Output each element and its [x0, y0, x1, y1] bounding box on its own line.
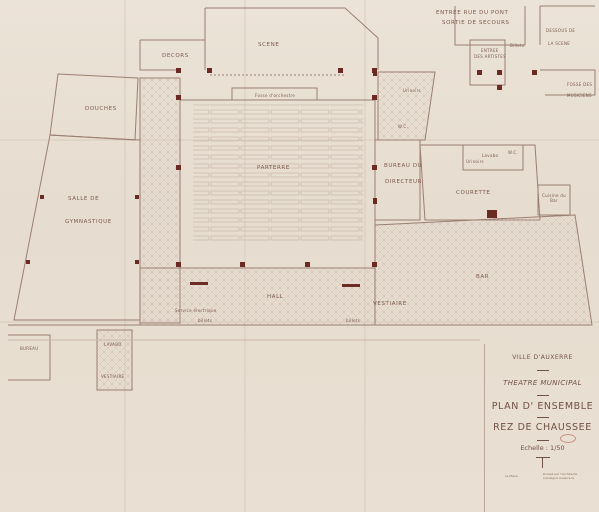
room-bureau: BUREAU [20, 346, 38, 351]
room-courette: COURETTE [456, 190, 490, 196]
room-lavabo-right: Lavabo [482, 153, 498, 158]
room-bureau-directeur-2: DIRECTEUR [385, 179, 422, 185]
room-hall: HALL [267, 294, 283, 300]
room-urinoirs: Urinoirs [403, 88, 421, 93]
footer-left: Le Maire [505, 474, 518, 478]
room-decors: DECORS [162, 53, 189, 59]
room-entree-artistes-2: DES ARTISTES [474, 54, 506, 59]
title-scale: Echelle : 1/50 [485, 444, 599, 452]
room-fosse-orchestre: Fosse d'orchestre [255, 93, 295, 98]
label-sortie-de-secours: SORTIE DE SECOURS [442, 20, 510, 26]
divider [537, 370, 549, 371]
room-billets-right: billets [346, 318, 360, 323]
room-salle-line2: GYMNASTIQUE [65, 219, 112, 225]
room-dessous-1: DESSOUS DE [546, 28, 575, 33]
room-entree-artistes-1: ENTREE [481, 48, 499, 53]
room-billets-left: billets [198, 318, 212, 323]
room-billets-artistes: Billets [510, 43, 524, 48]
room-dessous-2: LA SCENE [548, 41, 570, 46]
room-lavabo: LAVABO [104, 342, 122, 347]
t-mark [542, 458, 543, 468]
room-vestiaire-left: VESTIAIRE [101, 374, 124, 379]
title-building: THEATRE MUNICIPAL [485, 379, 599, 387]
room-douches: DOUCHES [85, 106, 117, 112]
title-city: VILLE D'AUXERRE [485, 354, 599, 361]
room-wc-right: W.C. [508, 150, 518, 155]
room-urinoirs-right: Urinoirs [466, 159, 484, 164]
divider [537, 440, 549, 441]
title-level: REZ DE CHAUSSEE [485, 422, 599, 433]
divider [537, 417, 549, 418]
room-fosse-musiciens-1: FOSSE DES [567, 82, 592, 87]
red-stamp [560, 434, 576, 443]
room-bar: BAR [476, 274, 489, 280]
room-salle-line1: SALLE DE [68, 196, 99, 202]
room-vestiaire-hall: VESTIAIRE [373, 301, 407, 307]
room-service-electrique: Service électrique [175, 308, 217, 313]
label-entree-rue-du-pont: ENTREE RUE DU PONT [436, 10, 508, 16]
title-plan: PLAN D' ENSEMBLE [485, 401, 599, 412]
divider [536, 457, 550, 458]
title-block: VILLE D'AUXERRE THEATRE MUNICIPAL PLAN D… [484, 344, 599, 512]
floor-plan-sheet: SCENE DECORS Fosse d'orchestre DOUCHES S… [0, 0, 599, 512]
room-parterre: PARTERRE [257, 165, 290, 171]
room-bureau-directeur-1: BUREAU DU [384, 163, 422, 169]
room-fosse-musiciens-2: MUSICIENS [567, 93, 592, 98]
footer-right: Dressé par l'Architecte soussigné Auxerr… [543, 472, 588, 480]
room-scene: SCENE [258, 42, 279, 48]
divider [537, 395, 549, 396]
room-wc-upper: W.C. [398, 124, 408, 129]
room-cuisine-bar: Cuisine du Bar [542, 193, 566, 203]
